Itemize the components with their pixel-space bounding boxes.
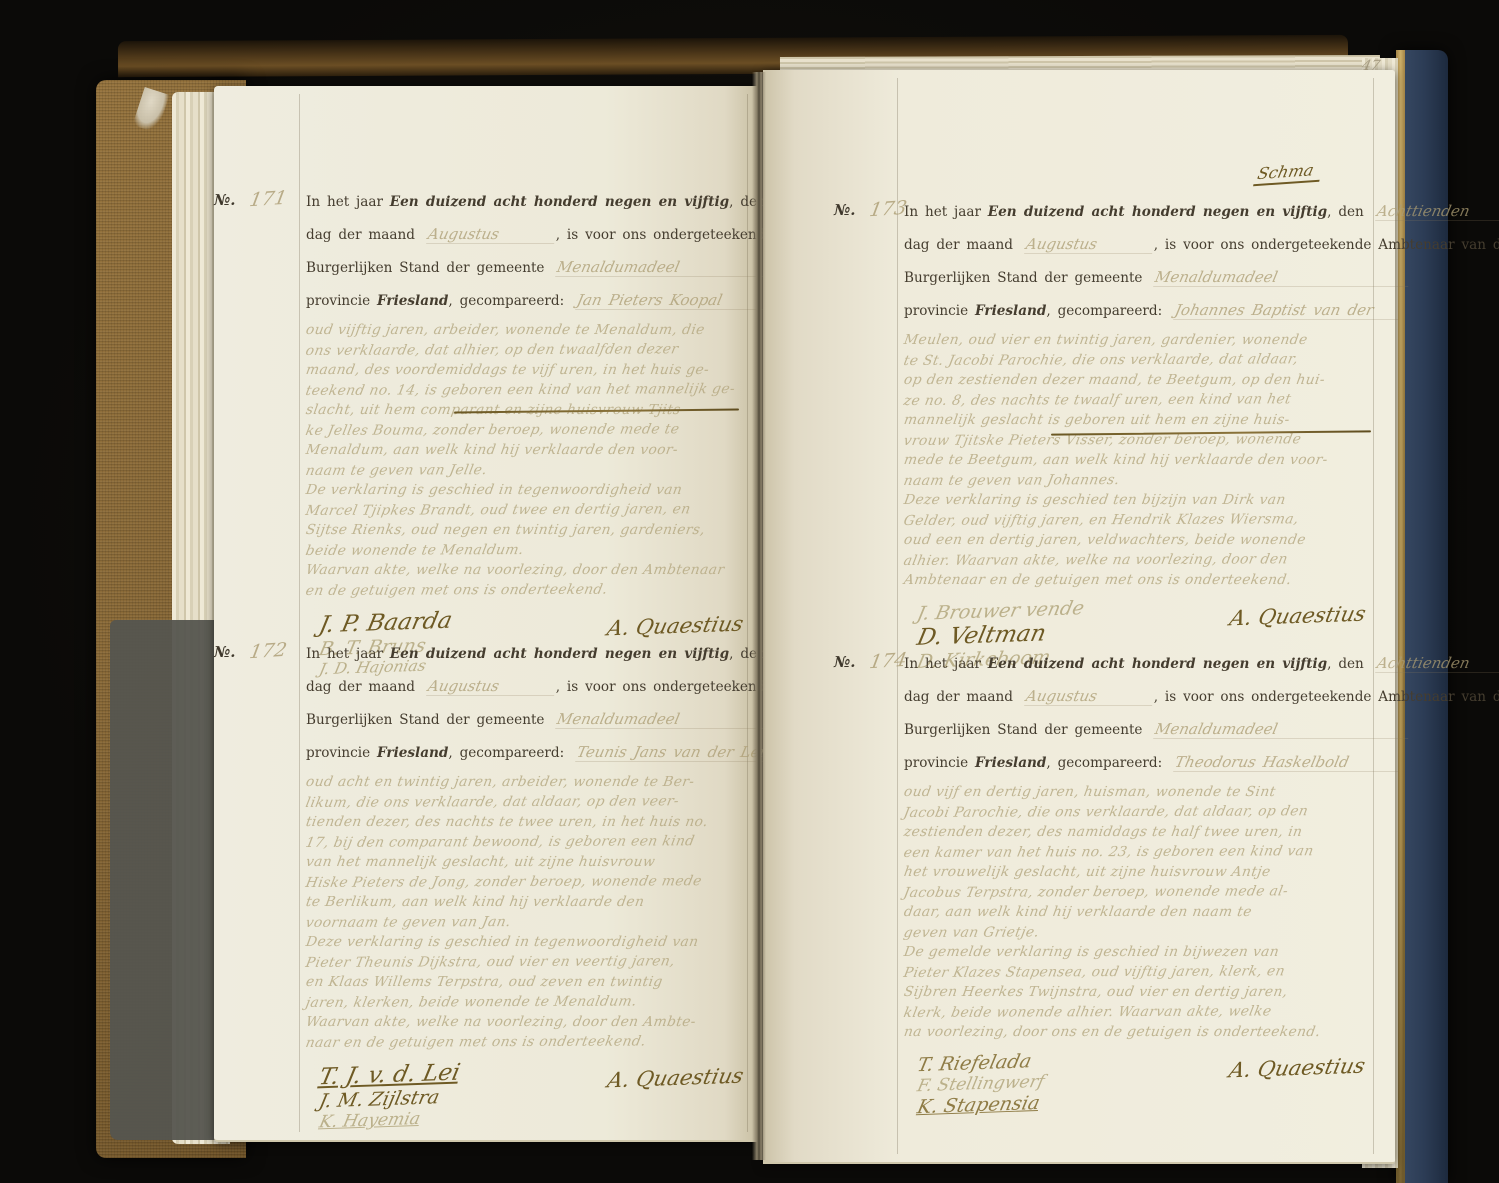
number-label: №. [214, 191, 236, 209]
handwriting-line: mannelijk geslacht is geboren uit hem en… [902, 410, 1367, 430]
form-text: Burgerlijken Stand der gemeente [904, 722, 1142, 738]
handwriting-line: De verklaring is geschied in tegenwoordi… [304, 480, 745, 500]
book-gutter [752, 72, 766, 1160]
handwriting-line: likum, die ons verklaarde, dat aldaar, o… [304, 791, 746, 813]
handwriting-line: Meulen, oud vier en twintig jaren, garde… [902, 330, 1367, 350]
handwriting-line: oud acht en twintig jaren, arbeider, won… [304, 772, 745, 792]
form-text: , den [1327, 656, 1364, 672]
form-text-bold: Friesland [975, 755, 1046, 771]
handwriting-line: oud vijf en dertig jaren, huisman, wonen… [902, 782, 1367, 802]
handwriting-line: daar, aan welk kind hij verklaarde den n… [902, 902, 1367, 922]
handwriting-line: Sijbren Heerkes Twijnstra, oud vier en d… [902, 982, 1367, 1002]
right-page: №.173 In het jaar Een duizend acht honde… [763, 70, 1395, 1164]
entry-number-block: №.173 [834, 198, 906, 220]
register-book-scan: №.171 In het jaar Een duizend acht honde… [0, 0, 1499, 1183]
handwriting-line: alhier. Waarvan akte, welke na voorlezin… [902, 549, 1368, 571]
handwriting-line: te Berlikum, aan welk kind hij verklaard… [304, 892, 745, 912]
handwriting-line: zestienden dezer, des namiddags te half … [902, 822, 1367, 842]
comparant-handwritten: Theodorus Haskelbold [1173, 754, 1402, 772]
handwriting-line: het vrouwelijk geslacht, uit zijne huisv… [902, 862, 1367, 882]
registrar-signature: A. Quaestius [596, 1064, 745, 1133]
form-text: dag der maand [306, 227, 415, 243]
form-border-right [747, 94, 748, 1132]
handwriting-line: Waarvan akte, welke na voorlezing, door … [304, 1012, 745, 1032]
form-text-bold: Een duizend acht honderd negen en vijfti… [988, 656, 1327, 672]
month-handwritten: Augustus [1024, 236, 1156, 254]
handwriting-line: Waarvan akte, welke na voorlezing, door … [304, 560, 745, 580]
handwriting-line: jaren, klerken, beide wonende te Menaldu… [304, 991, 746, 1013]
form-text: provincie [306, 293, 370, 309]
handwritten-act-body: oud vijf en dertig jaren, huisman, wonen… [904, 782, 1366, 1042]
handwriting-line: Deze verklaring is geschied in tegenwoor… [304, 932, 745, 952]
form-text-bold: Een duizend acht honderd negen en vijfti… [988, 204, 1327, 220]
witness-signatures: T. J. v. d. Lei J. M. Zijlstra K. Hayemi… [320, 1062, 459, 1130]
left-page: №.171 In het jaar Een duizend acht honde… [214, 86, 757, 1142]
handwriting-line: De gemelde verklaring is geschied in bij… [902, 942, 1367, 962]
handwriting-line: naam te geven van Jelle. [304, 459, 746, 481]
signature: K. Stapensia [915, 1092, 1046, 1118]
witness-signatures: T. Riefelada F. Stellingwerf K. Stapensi… [918, 1052, 1044, 1116]
number-label: №. [214, 643, 236, 661]
form-text: dag der maand [904, 689, 1013, 705]
marbled-edge-paper [110, 620, 220, 1140]
handwriting-line: tienden dezer, des nachts te twee uren, … [304, 812, 745, 832]
form-text: , gecompareerd: [1046, 303, 1162, 319]
handwritten-act-body: Meulen, oud vier en twintig jaren, garde… [904, 330, 1366, 590]
handwriting-line: ons verklaarde, dat alhier, op den twaal… [304, 339, 746, 361]
form-text: In het jaar [306, 194, 383, 210]
handwriting-line: van het mannelijk geslacht, uit zijne hu… [304, 852, 745, 872]
entry-number: 174 [867, 649, 908, 673]
form-text-bold: Friesland [377, 293, 448, 309]
form-text: , gecompareerd: [1046, 755, 1162, 771]
comparant-handwritten: Johannes Baptist van der [1173, 302, 1402, 320]
handwriting-line: mede te Beetgum, aan welk kind hij verkl… [902, 450, 1367, 470]
form-border-left [299, 94, 300, 1132]
page-number: 47 [1360, 58, 1381, 74]
signature-block: T. J. v. d. Lei J. M. Zijlstra K. Hayemi… [306, 1062, 744, 1130]
handwriting-line: Marcel Tjipkes Brandt, oud twee en derti… [304, 499, 746, 521]
form-text: , gecompareerd: [448, 745, 564, 761]
entry-number: 172 [247, 639, 288, 663]
handwritten-act-body: oud acht en twintig jaren, arbeider, won… [306, 772, 744, 1052]
entry-number-block: №.171 [214, 188, 286, 210]
handwritten-act-body: oud vijftig jaren, arbeider, wonende te … [306, 320, 744, 600]
handwriting-line: oud een en dertig jaren, veldwachters, b… [902, 530, 1367, 550]
form-text: dag der maand [306, 679, 415, 695]
handwriting-line: naar en de getuigen met ons is onderteek… [304, 1031, 746, 1053]
handwriting-line: en de getuigen met ons is onderteekend. [304, 579, 746, 601]
handwriting-line: beide wonende te Menaldum. [304, 539, 746, 561]
month-handwritten: Augustus [426, 678, 558, 696]
signature: K. Hayemia [317, 1108, 462, 1133]
gemeente-handwritten: Menaldumadeel [1153, 269, 1412, 287]
handwriting-line: Jacobi Parochie, die ons verklaarde, dat… [902, 801, 1368, 823]
form-text: provincie [904, 755, 968, 771]
handwriting-line: Jacobus Terpstra, zonder beroep, wonende… [902, 881, 1368, 903]
number-label: №. [834, 201, 856, 219]
form-text-bold: Friesland [377, 745, 448, 761]
handwriting-line: maand, des voordemiddags te vijf uren, i… [304, 360, 745, 380]
handwriting-line: Deze verklaring is geschied ten bijzijn … [902, 490, 1367, 510]
entry-number: 173 [867, 197, 908, 221]
handwriting-line: Ambtenaar en de getuigen met ons is onde… [902, 570, 1367, 590]
handwriting-line: ze no. 8, des nachts te twaalf uren, een… [902, 389, 1368, 411]
handwriting-line: 17, bij den comparant bewoond, is gebore… [304, 831, 746, 853]
handwriting-line: klerk, beide wonende alhier. Waarvan akt… [902, 1001, 1368, 1023]
form-text: provincie [306, 745, 370, 761]
handwriting-line: teekend no. 14, is geboren een kind van … [304, 379, 746, 401]
day-handwritten: Achttienden [1375, 203, 1499, 221]
day-handwritten: Achttienden [1375, 655, 1499, 673]
handwriting-line: Pieter Klazes Stapensea, oud vijftig jar… [902, 961, 1368, 983]
record-entry-174: №.174 In het jaar Een duizend acht honde… [904, 648, 1366, 1116]
form-text: In het jaar [306, 646, 383, 662]
form-text: Burgerlijken Stand der gemeente [306, 712, 544, 728]
handwriting-line: te St. Jacobi Parochie, die ons verklaar… [902, 349, 1368, 371]
number-label: №. [834, 653, 856, 671]
form-text-bold: Een duizend acht honderd negen en vijfti… [390, 194, 729, 210]
registrar-signature: A. Quaestius [1219, 1054, 1367, 1119]
form-border-left [897, 78, 898, 1154]
form-text-bold: Friesland [975, 303, 1046, 319]
handwriting-line: na voorlezing, door ons en de getuigen i… [902, 1022, 1367, 1042]
handwriting-line: een kamer van het huis no. 23, is gebore… [902, 841, 1368, 863]
handwriting-line: Menaldum, aan welk kind hij verklaarde d… [304, 440, 745, 460]
handwriting-line: oud vijftig jaren, arbeider, wonende te … [304, 320, 745, 340]
handwriting-line: ke Jelles Bouma, zonder beroep, wonende … [304, 419, 746, 441]
form-text: dag der maand [904, 237, 1013, 253]
month-handwritten: Augustus [426, 226, 558, 244]
entry-number-block: №.172 [214, 640, 286, 662]
entry-number: 171 [247, 187, 288, 211]
form-text: Burgerlijken Stand der gemeente [904, 270, 1142, 286]
handwriting-line: Pieter Theunis Dijkstra, oud vier en vee… [304, 951, 746, 973]
handwriting-line: naam te geven van Johannes. [902, 469, 1368, 491]
handwriting-line: Gelder, oud vijftig jaren, en Hendrik Kl… [902, 509, 1368, 531]
handwriting-line: geven van Grietje. [902, 921, 1368, 943]
handwriting-line: Sijtse Rienks, oud negen en twintig jare… [304, 520, 745, 540]
form-text: , is voor ons ondergeteekende Ambtenaar … [1154, 689, 1499, 705]
form-text: In het jaar [904, 656, 981, 672]
handwriting-line: en Klaas Willems Terpstra, oud zeven en … [304, 972, 745, 992]
gemeente-handwritten: Menaldumadeel [1153, 721, 1412, 739]
handwriting-line: Hiske Pieters de Jong, zonder beroep, wo… [304, 871, 746, 893]
record-entry-171: №.171 In het jaar Een duizend acht honde… [306, 186, 744, 676]
form-text: Burgerlijken Stand der gemeente [306, 260, 544, 276]
handwriting-line: voornaam te geven van Jan. [304, 911, 746, 933]
form-text-bold: Een duizend acht honderd negen en vijfti… [390, 646, 729, 662]
handwriting-line: op den zestienden dezer maand, te Beetgu… [902, 370, 1367, 390]
month-handwritten: Augustus [1024, 688, 1156, 706]
form-text: , den [1327, 204, 1364, 220]
form-text: In het jaar [904, 204, 981, 220]
signature-block: T. Riefelada F. Stellingwerf K. Stapensi… [904, 1052, 1366, 1116]
entry-number-block: №.174 [834, 650, 906, 672]
form-text: , is voor ons ondergeteekende Ambtenaar … [1154, 237, 1499, 253]
form-text: , gecompareerd: [448, 293, 564, 309]
form-text: provincie [904, 303, 968, 319]
record-entry-172: №.172 In het jaar Een duizend acht honde… [306, 638, 744, 1130]
